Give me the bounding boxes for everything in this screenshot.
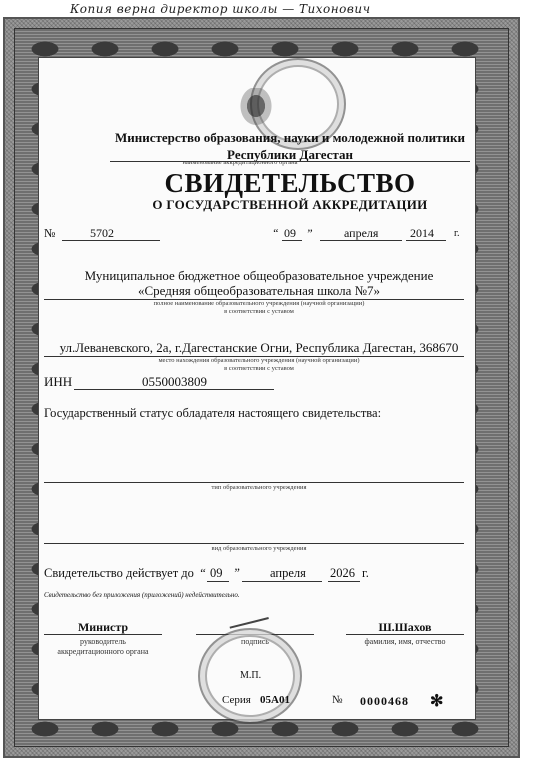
organization-name-line1: Муниципальное бюджетное общеобразователь… — [44, 268, 474, 284]
certificate-number-row: № 5702 “ 09 ” апреля 2014 г. — [44, 226, 474, 242]
address-caption-1: место нахождения образовательного учрежд… — [44, 357, 474, 365]
issue-date-day: 09 — [284, 226, 296, 241]
valid-until-label: Свидетельство действует до — [44, 566, 194, 581]
series-number-label: № — [332, 694, 343, 706]
valid-until-month: апреля — [270, 566, 306, 581]
organization-caption-1: полное наименование образовательного учр… — [44, 300, 474, 308]
valid-until-suffix: г. — [362, 566, 369, 581]
state-emblem-icon — [238, 88, 274, 128]
position-caption-1: руководитель — [44, 637, 162, 647]
issue-date-close-quote: ” — [306, 226, 313, 241]
issue-date-year: 2014 — [410, 226, 434, 241]
handwritten-certification-note: Копия верна директор школы — Тихонович — [70, 2, 490, 18]
seal-placeholder-label: М.П. — [240, 670, 261, 681]
address-caption-2: в соответствии с уставом — [44, 365, 474, 373]
series-row: Серия 05А01 № 0000468 ✻ — [222, 694, 462, 712]
certificate-title: СВИДЕТЕЛЬСТВО — [100, 168, 480, 199]
valid-until-day: 09 — [210, 566, 223, 581]
certificate-number: 5702 — [90, 226, 114, 241]
signatory-position: Министр — [44, 620, 162, 635]
issuer-caption: наименование аккредитационного органа — [110, 159, 370, 167]
signatory-name: Ш.Шахов — [346, 620, 464, 635]
series-number: 0000468 — [360, 694, 409, 709]
inn-row: ИНН 0550003809 — [44, 374, 284, 390]
valid-until-open-quote: “ — [199, 566, 206, 581]
position-caption-2: аккредитационного органа — [44, 647, 162, 657]
valid-until-close-quote: ” — [233, 566, 240, 581]
series-value: 05А01 — [260, 694, 290, 706]
issue-date-month: апреля — [344, 226, 378, 241]
organization-name-line2: «Средняя общеобразовательная школа №7» — [44, 283, 474, 299]
certificate-subtitle: О ГОСУДАРСТВЕННОЙ АККРЕДИТАЦИИ — [100, 197, 480, 213]
status-label: Государственный статус обладателя настоя… — [44, 406, 381, 421]
asterisk-mark-icon: ✻ — [430, 691, 443, 711]
inn-value: 0550003809 — [142, 374, 207, 390]
number-label: № — [44, 226, 55, 241]
institution-kind-caption: вид образовательного учреждения — [44, 545, 474, 553]
name-caption: фамилия, имя, отчество — [346, 637, 464, 647]
inn-label: ИНН — [44, 374, 72, 390]
series-label: Серия — [222, 694, 251, 706]
issue-date-suffix: г. — [454, 228, 459, 239]
institution-type-caption: тип образовательного учреждения — [44, 484, 474, 492]
institution-kind-line — [44, 543, 464, 544]
valid-until-year: 2026 — [330, 566, 355, 581]
valid-until-row: Свидетельство действует до “ 09 ” апреля… — [44, 566, 474, 584]
organization-caption-2: в соответствии с уставом — [44, 308, 474, 316]
issue-date-open-quote: “ — [272, 226, 279, 241]
institution-type-line — [44, 482, 464, 483]
issuer-name-line1: Министерство образования, науки и молоде… — [100, 130, 480, 146]
validity-notice: Свидетельство без приложения (приложений… — [44, 591, 240, 599]
organization-address: ул.Леваневского, 2а, г.Дагестанские Огни… — [44, 340, 474, 356]
